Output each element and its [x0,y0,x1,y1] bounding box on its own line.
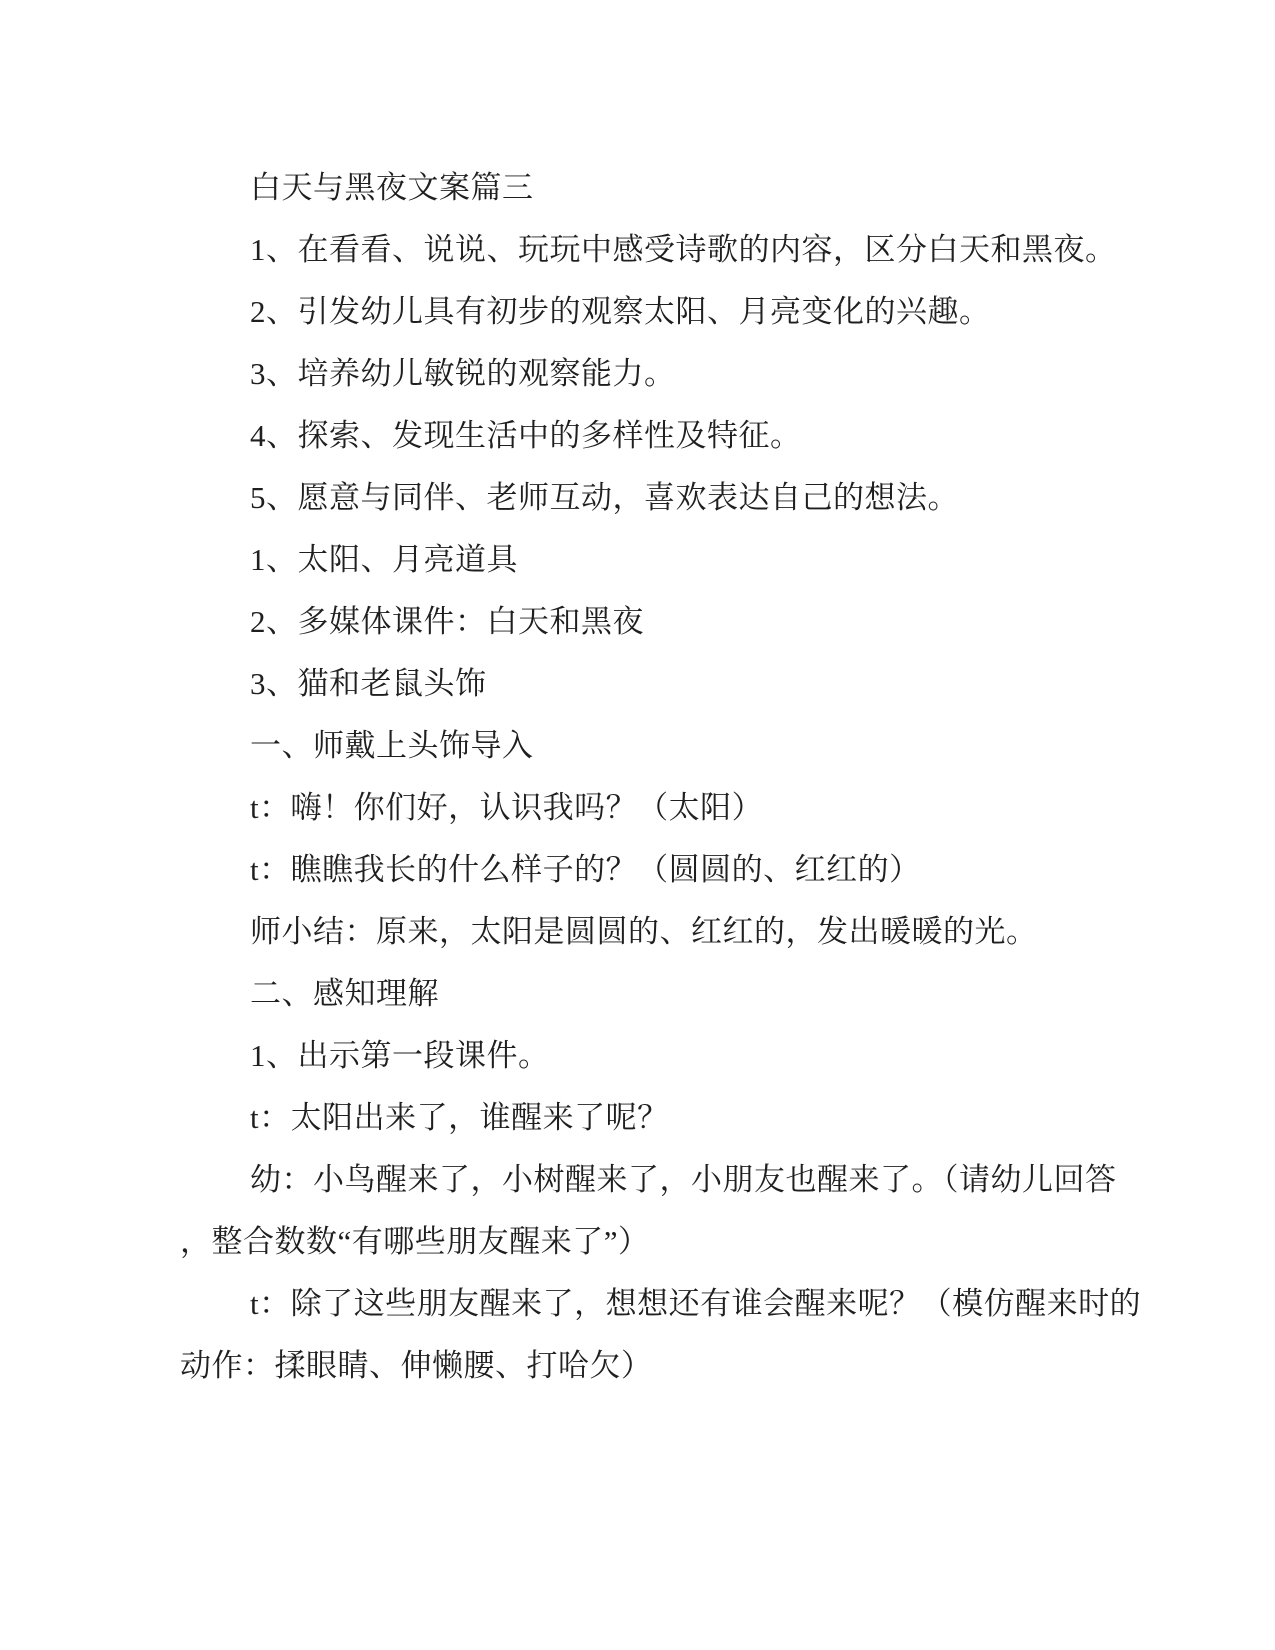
doc-line-teacher-1: t：嗨！你们好，认识我吗？（太阳） [180,777,1140,839]
document-page: 白天与黑夜文案篇三 1、在看看、说说、玩玩中感受诗歌的内容，区分白天和黑夜。 2… [0,0,1275,1650]
doc-line-teacher-4-cont: 动作：揉眼睛、伸懒腰、打哈欠） [180,1335,1140,1397]
doc-line-goal-1: 1、在看看、说说、玩玩中感受诗歌的内容，区分白天和黑夜。 [180,219,1140,281]
doc-line-goal-5: 5、愿意与同伴、老师互动，喜欢表达自己的想法。 [180,467,1140,529]
doc-title-line: 白天与黑夜文案篇三 [180,157,1140,219]
doc-line-material-1: 1、太阳、月亮道具 [180,529,1140,591]
doc-line-material-2: 2、多媒体课件：白天和黑夜 [180,591,1140,653]
doc-line-child-answer: 幼：小鸟醒来了，小树醒来了，小朋友也醒来了。（请幼儿回答 [180,1149,1140,1211]
doc-line-goal-4: 4、探索、发现生活中的多样性及特征。 [180,405,1140,467]
doc-line-child-answer-cont: ，整合数数“有哪些朋友醒来了”） [180,1211,1140,1273]
doc-line-goal-2: 2、引发幼儿具有初步的观察太阳、月亮变化的兴趣。 [180,281,1140,343]
doc-line-step-1: 1、出示第一段课件。 [180,1025,1140,1087]
text-block: 白天与黑夜文案篇三 1、在看看、说说、玩玩中感受诗歌的内容，区分白天和黑夜。 2… [180,157,1140,1397]
doc-line-section-2: 二、感知理解 [180,963,1140,1025]
doc-line-goal-3: 3、培养幼儿敏锐的观察能力。 [180,343,1140,405]
doc-line-teacher-3: t：太阳出来了，谁醒来了呢？ [180,1087,1140,1149]
doc-line-summary: 师小结：原来，太阳是圆圆的、红红的，发出暖暖的光。 [180,901,1140,963]
doc-line-section-1: 一、师戴上头饰导入 [180,715,1140,777]
doc-line-material-3: 3、猫和老鼠头饰 [180,653,1140,715]
doc-line-teacher-2: t：瞧瞧我长的什么样子的？（圆圆的、红红的） [180,839,1140,901]
doc-line-teacher-4: t：除了这些朋友醒来了，想想还有谁会醒来呢？（模仿醒来时的 [180,1273,1140,1335]
